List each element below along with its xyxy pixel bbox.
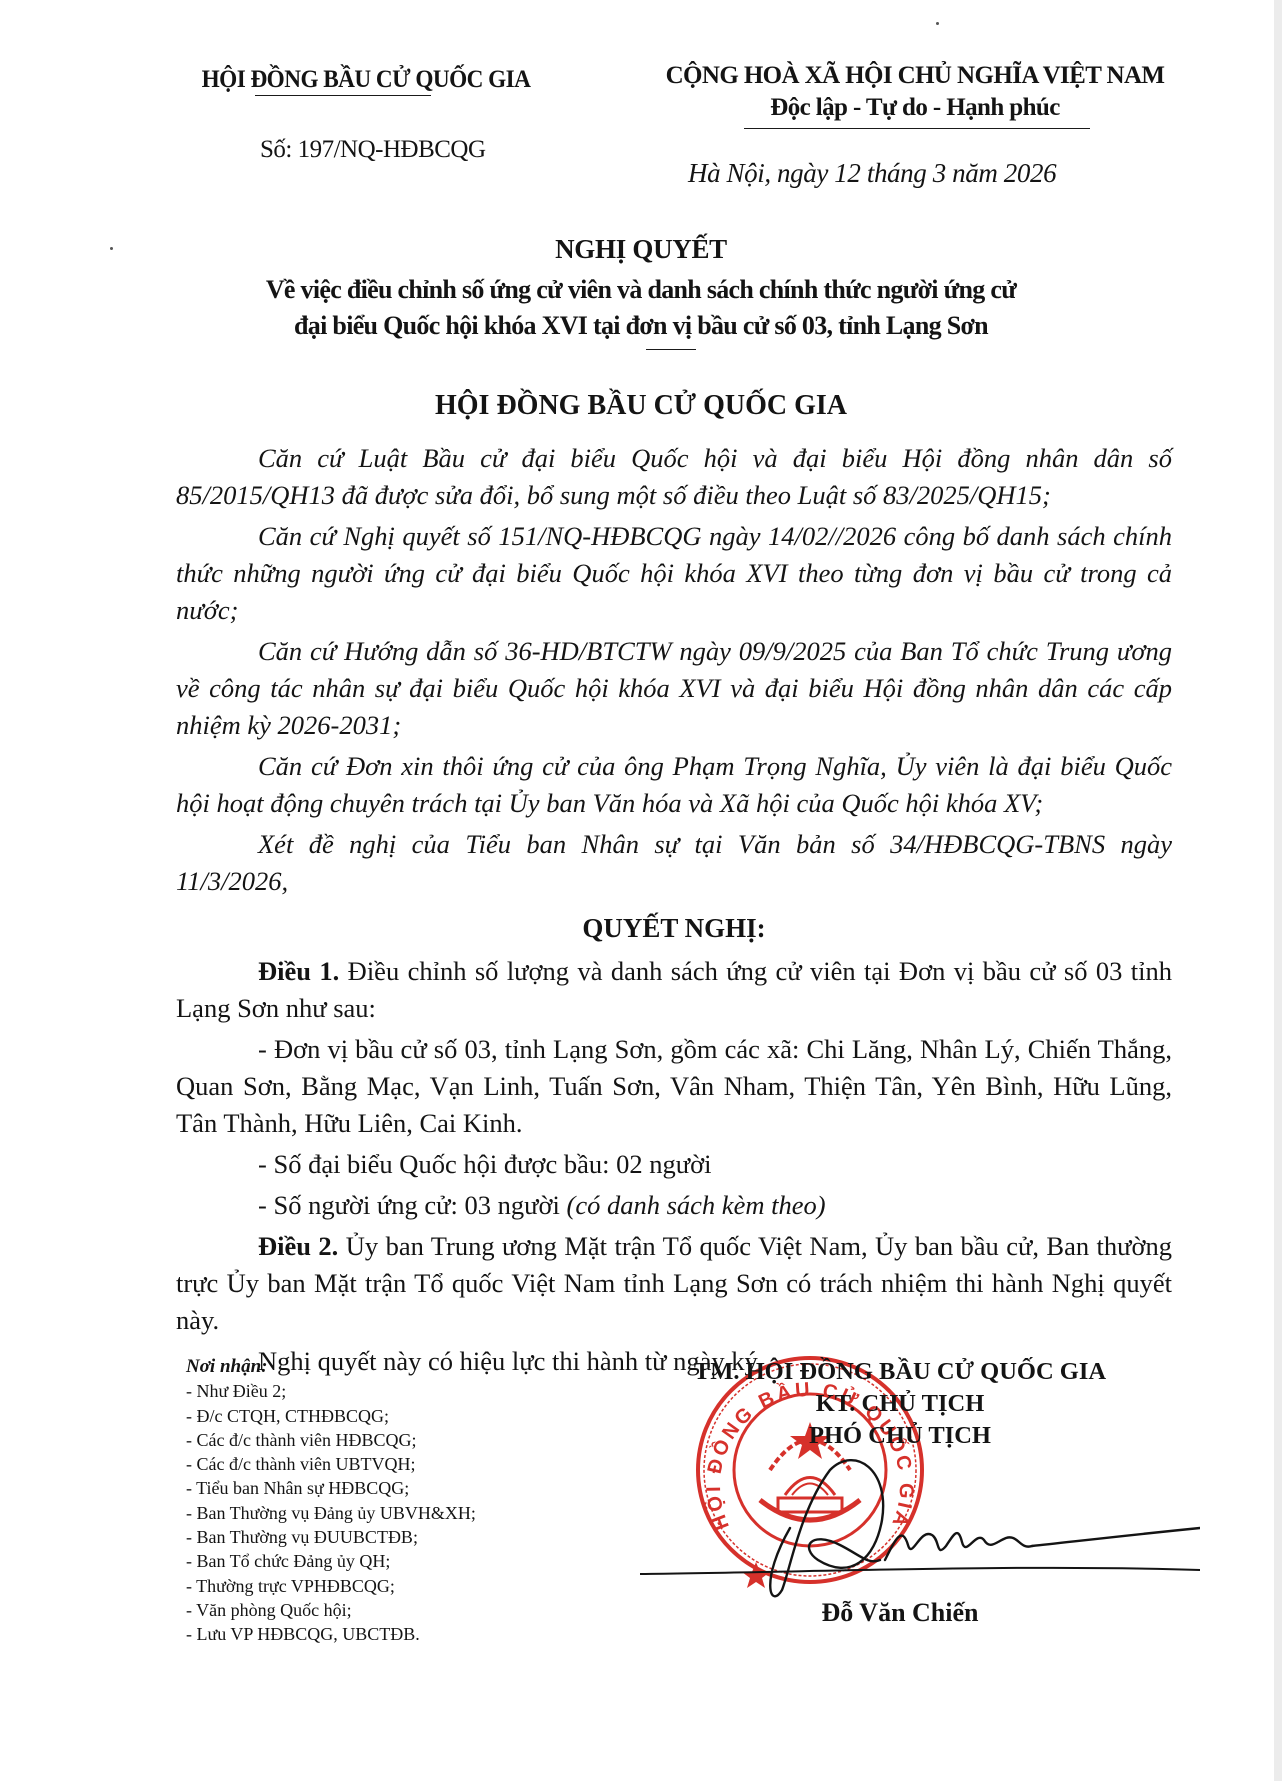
on-behalf-of: TM. HỘI ĐỒNG BẦU CỬ QUỐC GIA xyxy=(640,1356,1160,1388)
authority-heading: HỘI ĐỒNG BẦU CỬ QUỐC GIA xyxy=(0,390,1282,422)
candidates-count: - Số người ứng cử: 03 người xyxy=(258,1190,567,1220)
recipient-item: - Ban Thường vụ Đảng ủy UBVH&XH; xyxy=(186,1501,476,1525)
recipients-heading: Nơi nhận: xyxy=(186,1355,476,1379)
recipients-list: Nơi nhận: - Như Điều 2;- Đ/c CTQH, CTHĐB… xyxy=(186,1355,476,1647)
recipient-item: - Đ/c CTQH, CTHĐBCQG; xyxy=(186,1404,476,1428)
article-2: Điều 2. Ủy ban Trung ương Mặt trận Tổ qu… xyxy=(176,1228,1172,1339)
signer-position: PHÓ CHỦ TỊCH xyxy=(640,1420,1160,1452)
country-name: CỘNG HOÀ XÃ HỘI CHỦ NGHĨA VIỆT NAM xyxy=(666,62,1165,89)
preamble-item: Căn cứ Nghị quyết số 151/NQ-HĐBCQG ngày … xyxy=(176,518,1172,629)
document-body: Căn cứ Luật Bầu cử đại biểu Quốc hội và … xyxy=(176,440,1172,1380)
recipient-item: - Lưu VP HĐBCQG, UBCTĐB. xyxy=(186,1622,476,1646)
recipient-item: - Như Điều 2; xyxy=(186,1379,476,1403)
subject-line-1: Về việc điều chỉnh số ứng cử viên và dan… xyxy=(0,272,1282,308)
document-type: NGHỊ QUYẾT xyxy=(0,234,1282,265)
preamble-item: Căn cứ Hướng dẫn số 36-HD/BTCTW ngày 09/… xyxy=(176,633,1172,744)
recipient-item: - Văn phòng Quốc hội; xyxy=(186,1598,476,1622)
recipient-item: - Tiểu ban Nhân sự HĐBCQG; xyxy=(186,1476,476,1500)
handwritten-signature-icon xyxy=(640,1450,1200,1610)
article-1-item: - Đơn vị bầu cử số 03, tỉnh Lạng Sơn, gồ… xyxy=(176,1031,1172,1142)
article-1: Điều 1. Điều chỉnh số lượng và danh sách… xyxy=(176,953,1172,1027)
article-1-item: - Số đại biểu Quốc hội được bầu: 02 ngườ… xyxy=(176,1146,1172,1183)
motto-underline xyxy=(744,128,1090,129)
preamble-item: Căn cứ Đơn xin thôi ứng cử của ông Phạm … xyxy=(176,748,1172,822)
article-1-item: - Số người ứng cử: 03 người (có danh sác… xyxy=(176,1187,1172,1224)
recipient-item: - Các đ/c thành viên HĐBCQG; xyxy=(186,1428,476,1452)
document-subject: Về việc điều chỉnh số ứng cử viên và dan… xyxy=(0,272,1282,344)
issuer-underline xyxy=(255,95,431,96)
preamble-item: Căn cứ Luật Bầu cử đại biểu Quốc hội và … xyxy=(176,440,1172,514)
article-2-label: Điều 2. xyxy=(258,1231,338,1261)
candidates-note: (có danh sách kèm theo) xyxy=(567,1190,826,1220)
national-motto: Độc lập - Tự do - Hạnh phúc xyxy=(635,94,1195,122)
document-number: Số: 197/NQ-HĐBCQG xyxy=(260,136,486,164)
national-header: CỘNG HOÀ XÃ HỘI CHỦ NGHĨA VIỆT NAM Độc l… xyxy=(635,62,1195,122)
scan-speck xyxy=(110,247,113,250)
page-edge xyxy=(1274,0,1282,1781)
recipient-item: - Ban Thường vụ ĐUUBCTĐB; xyxy=(186,1525,476,1549)
place-date: Hà Nội, ngày 12 tháng 3 năm 2026 xyxy=(688,158,1056,189)
subject-line-2: đại biểu Quốc hội khóa XVI tại đơn vị bầ… xyxy=(0,308,1282,344)
preamble-item: Xét đề nghị của Tiểu ban Nhân sự tại Văn… xyxy=(176,826,1172,900)
issuer-name: HỘI ĐỒNG BẦU CỬ QUỐC GIA xyxy=(180,66,552,94)
for-chair: KT. CHỦ TỊCH xyxy=(640,1388,1160,1420)
resolution-heading: QUYẾT NGHỊ: xyxy=(176,910,1172,947)
title-divider xyxy=(646,349,696,350)
scan-speck xyxy=(936,22,939,25)
recipient-item: - Thường trực VPHĐBCQG; xyxy=(186,1574,476,1598)
recipient-item: - Các đ/c thành viên UBTVQH; xyxy=(186,1452,476,1476)
recipient-item: - Ban Tổ chức Đảng ủy QH; xyxy=(186,1549,476,1573)
signature-block: TM. HỘI ĐỒNG BẦU CỬ QUỐC GIA KT. CHỦ TỊC… xyxy=(640,1356,1160,1452)
signer-name: Đỗ Văn Chiến xyxy=(640,1598,1160,1628)
article-1-label: Điều 1. xyxy=(258,956,339,986)
